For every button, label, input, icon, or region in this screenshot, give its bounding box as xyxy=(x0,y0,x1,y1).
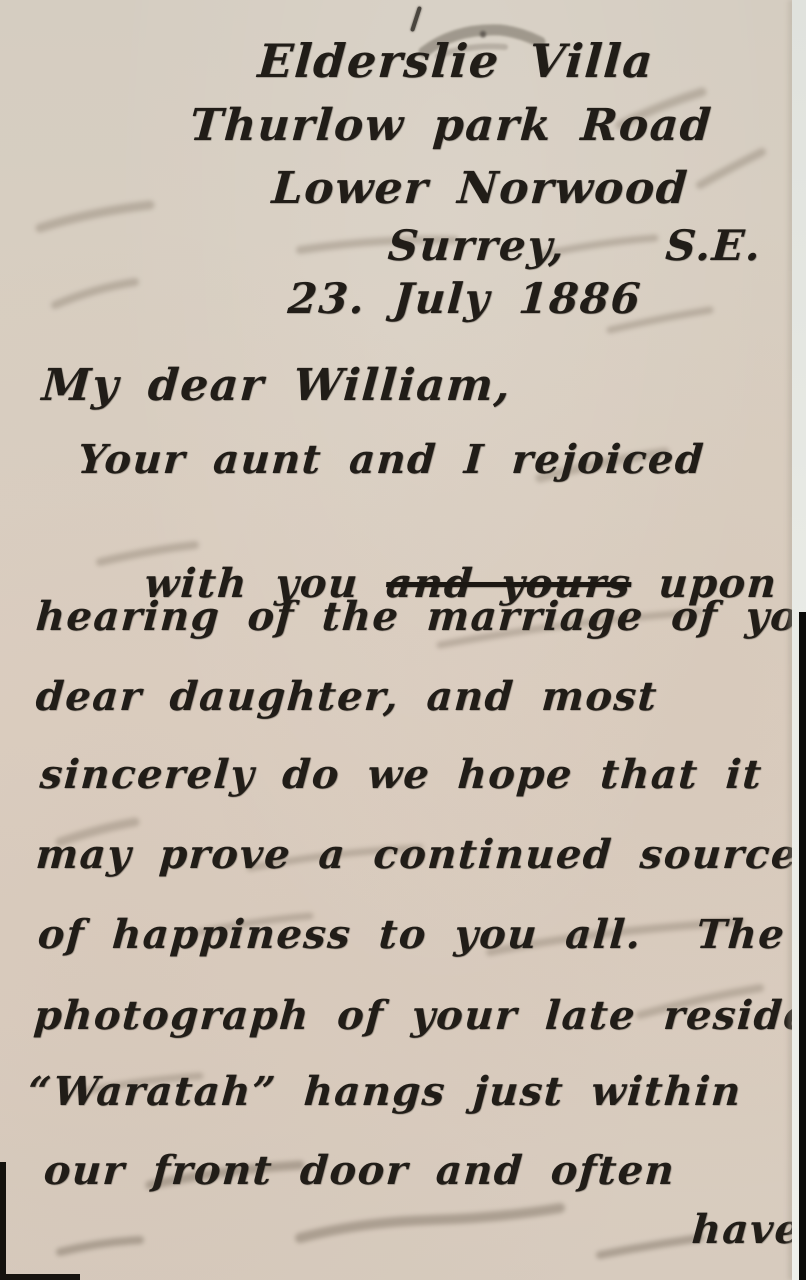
address-line-1: Elderslie Villa xyxy=(256,34,656,88)
body-line: “Waratah” hangs just within xyxy=(26,1068,743,1115)
pencil-tick-mark xyxy=(410,6,422,32)
body-line: dear daughter, and most xyxy=(34,673,659,720)
body-line: our front door and often xyxy=(42,1147,677,1194)
letter-date: 23. July 1886 xyxy=(286,274,643,323)
body-line: of happiness to you all. The xyxy=(36,911,787,958)
body-line: hearing of the marriage of your xyxy=(34,593,806,640)
salutation: My dear William, xyxy=(40,360,513,411)
body-line: may prove a continued source xyxy=(34,831,799,878)
catchword: have xyxy=(690,1206,803,1253)
body-line: photograph of your late residence xyxy=(32,992,806,1039)
scan-edge-right xyxy=(799,612,806,1280)
address-line-3: Lower Norwood xyxy=(270,163,690,214)
scan-edge-left-bottom xyxy=(0,1162,6,1280)
address-line-2: Thurlow park Road xyxy=(188,100,714,151)
body-line: sincerely do we hope that it xyxy=(38,751,764,798)
address-line-4: Surrey, S.E. xyxy=(386,221,763,270)
letter-scan-page: Elderslie Villa Thurlow park Road Lower … xyxy=(0,0,806,1280)
scan-edge-bottom xyxy=(0,1274,80,1280)
body-line: Your aunt and I rejoiced xyxy=(76,436,706,483)
